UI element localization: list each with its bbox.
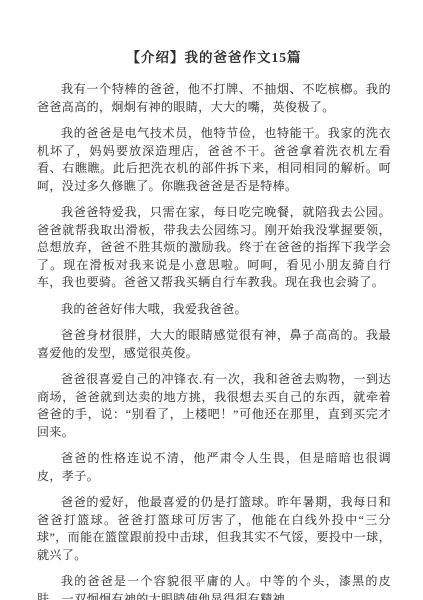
essay-paragraph-5: 爸爸身材很胖，大大的眼睛感觉很有神，鼻子高高的。我最喜爱他的发型，感觉很英俊。 <box>37 327 391 362</box>
document-page: 【介绍】我的爸爸作文15篇 我有一个特棒的爸爸，他不打牌、不抽烟、不吃槟榔。我的… <box>0 0 423 600</box>
essay-paragraph-2: 我的爸爸是电气技术员，他特节俭，也特能干。我家的洗衣机坏了，妈妈要放深造理店，爸… <box>37 125 391 195</box>
essay-paragraph-1: 我有一个特棒的爸爸，他不打牌、不抽烟、不吃槟榔。我的爸爸高高的，炯炯有神的眼睛，… <box>37 81 391 116</box>
essay-title: 【介绍】我的爸爸作文15篇 <box>37 46 391 66</box>
essay-paragraph-3: 我爸爸特爱我，只需在家，每日吃完晚餐，就陪我去公园。爸爸就帮我取出滑板，带我去公… <box>37 204 391 292</box>
essay-paragraph-6: 爸爸很喜爱自己的冲锋衣.有一次，我和爸爸去购物，一到达商场，爸爸就到达卖的地方挑… <box>37 371 391 441</box>
essay-paragraph-4: 我的爸爸好伟大哦，我爱我爸爸。 <box>37 301 391 319</box>
essay-paragraph-9: 我的爸爸是一个容貌很平庸的人。中等的个头，漆黑的皮肤，一双炯炯有神的大眼睛使他显… <box>37 573 391 600</box>
essay-paragraph-8: 爸爸的爱好，他最喜爱的仍是打篮球。昨年暑期，我每日和爸爸打篮球。爸爸打篮球可厉害… <box>37 494 391 564</box>
essay-paragraph-7: 爸爸的性格连说不清，他严肃令人生畏，但是暗暗也很调皮，孝子。 <box>37 450 391 485</box>
